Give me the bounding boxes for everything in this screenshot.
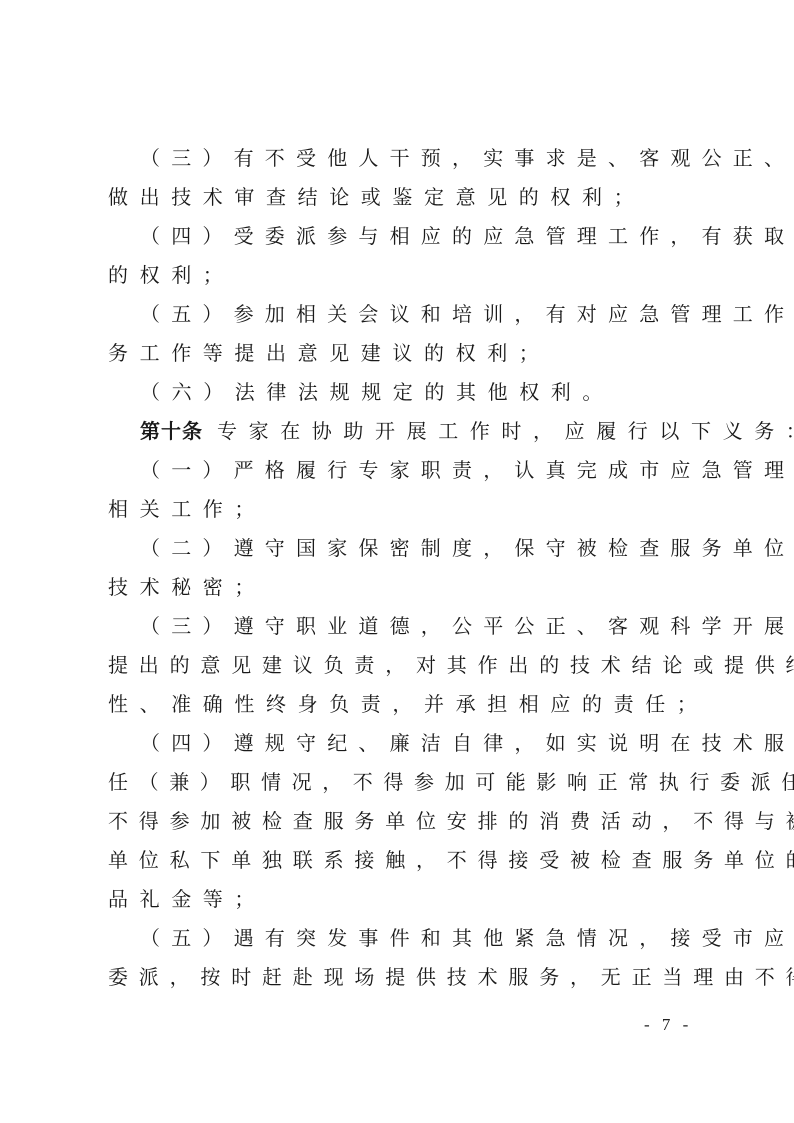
- text-line: 不得参加被检查服务单位安排的消费活动，不得与被检查服务: [108, 802, 690, 841]
- text-line: 提出的意见建议负责，对其作出的技术结论或提供结果的真实: [108, 646, 690, 685]
- text-line: 单位私下单独联系接触，不得接受被检查服务单位的宴请、礼: [108, 841, 690, 880]
- document-page: （三）有不受他人干预，实事求是、客观公正、独立自主 做出技术审查结论或鉴定意见的…: [0, 0, 794, 1123]
- paragraph-duty-2: （二）遵守国家保密制度，保守被检查服务单位的商业和 技术秘密；: [108, 529, 690, 607]
- text-line: 相关工作；: [108, 490, 690, 529]
- text-line: 务工作等提出意见建议的权利；: [108, 334, 690, 373]
- text-line: （六）法律法规规定的其他权利。: [108, 373, 690, 412]
- paragraph-duty-5: （五）遇有突发事件和其他紧急情况，接受市应急管理局 委派，按时赶赴现场提供技术服…: [108, 919, 690, 997]
- text-line: 任（兼）职情况，不得参加可能影响正常执行委派任务的活动，: [108, 763, 690, 802]
- body-text: （三）有不受他人干预，实事求是、客观公正、独立自主 做出技术审查结论或鉴定意见的…: [108, 139, 690, 997]
- text-line: （四）受委派参与相应的应急管理工作，有获取劳动报酬: [108, 217, 690, 256]
- paragraph-right-4: （四）受委派参与相应的应急管理工作，有获取劳动报酬 的权利；: [108, 217, 690, 295]
- text-line: （一）严格履行专家职责，认真完成市应急管理局委托的: [108, 451, 690, 490]
- paragraph-duty-4: （四）遵规守纪、廉洁自律，如实说明在技术服务机构中 任（兼）职情况，不得参加可能…: [108, 724, 690, 919]
- paragraph-duty-3: （三）遵守职业道德，公平公正、客观科学开展工作，对 提出的意见建议负责，对其作出…: [108, 607, 690, 724]
- text-line: 性、准确性终身负责，并承担相应的责任；: [108, 685, 690, 724]
- page-number: - 7 -: [644, 1015, 692, 1035]
- paragraph-right-3: （三）有不受他人干预，实事求是、客观公正、独立自主 做出技术审查结论或鉴定意见的…: [108, 139, 690, 217]
- text-line: （三）遵守职业道德，公平公正、客观科学开展工作，对: [108, 607, 690, 646]
- text-line: 的权利；: [108, 256, 690, 295]
- text-line: （四）遵规守纪、廉洁自律，如实说明在技术服务机构中: [108, 724, 690, 763]
- text-line: （五）参加相关会议和培训，有对应急管理工作、专家服: [108, 295, 690, 334]
- paragraph-right-5: （五）参加相关会议和培训，有对应急管理工作、专家服 务工作等提出意见建议的权利；: [108, 295, 690, 373]
- text-line: 专家在协助开展工作时，应履行以下义务：: [217, 419, 794, 443]
- text-line: （五）遇有突发事件和其他紧急情况，接受市应急管理局: [108, 919, 690, 958]
- text-line: 委派，按时赶赴现场提供技术服务，无正当理由不得拒绝紧急: [108, 958, 690, 997]
- article-10: 第十条专家在协助开展工作时，应履行以下义务：: [108, 412, 690, 451]
- text-line: （二）遵守国家保密制度，保守被检查服务单位的商业和: [108, 529, 690, 568]
- article-heading: 第十条: [140, 419, 203, 443]
- paragraph-right-6: （六）法律法规规定的其他权利。: [108, 373, 690, 412]
- paragraph-duty-1: （一）严格履行专家职责，认真完成市应急管理局委托的 相关工作；: [108, 451, 690, 529]
- text-line: 技术秘密；: [108, 568, 690, 607]
- text-line: （三）有不受他人干预，实事求是、客观公正、独立自主: [108, 139, 690, 178]
- text-line: 做出技术审查结论或鉴定意见的权利；: [108, 178, 690, 217]
- text-line: 品礼金等；: [108, 880, 690, 919]
